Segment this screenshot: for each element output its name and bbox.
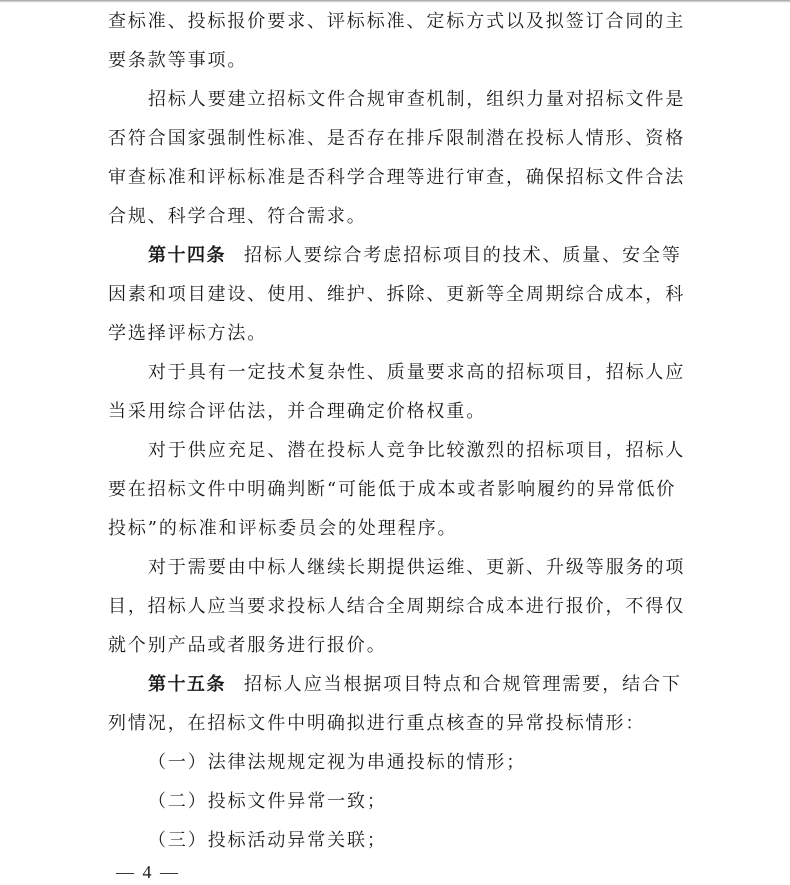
paragraph-start-line: 对于需要由中标人继续长期提供运维、更新、升级等服务的项 [108, 548, 690, 587]
text-line: 就个别产品或者服务进行报价。 [108, 626, 690, 665]
article-heading: 第十五条 [148, 674, 226, 695]
article-text: 招标人应当根据项目特点和合规管理需要，结合下 [244, 674, 682, 695]
paragraph-start-line: 对于具有一定技术复杂性、质量要求高的招标项目，招标人应 [108, 353, 690, 392]
article-15-line: 第十五条招标人应当根据项目特点和合规管理需要，结合下 [108, 665, 690, 704]
paragraph-start-line: 对于供应充足、潜在投标人竞争比较激烈的招标项目，招标人 [108, 431, 690, 470]
list-item: （二）投标文件异常一致； [108, 782, 690, 821]
text-line: 审查标准和评标标准是否科学合理等进行审查，确保招标文件合法 [108, 158, 690, 197]
list-item: （三）投标活动异常关联； [108, 821, 690, 860]
text-line: 因素和项目建设、使用、维护、拆除、更新等全周期综合成本，科 [108, 275, 690, 314]
text-line: 合规、科学合理、符合需求。 [108, 197, 690, 236]
text-line: 列情况，在招标文件中明确拟进行重点核查的异常投标情形： [108, 704, 690, 743]
text-line: 查标准、投标报价要求、评标标准、定标方式以及拟签订合同的主 [108, 2, 690, 41]
text-line: 学选择评标方法。 [108, 314, 690, 353]
document-page: 查标准、投标报价要求、评标标准、定标方式以及拟签订合同的主 要条款等事项。 招标… [108, 2, 690, 860]
text-line: 否符合国家强制性标准、是否存在排斥限制潜在投标人情形、资格 [108, 119, 690, 158]
article-14-line: 第十四条招标人要综合考虑招标项目的技术、质量、安全等 [108, 236, 690, 275]
article-text: 招标人要综合考虑招标项目的技术、质量、安全等 [244, 245, 682, 266]
text-line: 要在招标文件中明确判断“可能低于成本或者影响履约的异常低价 [108, 470, 690, 509]
article-heading: 第十四条 [148, 245, 226, 266]
text-line: 要条款等事项。 [108, 41, 690, 80]
paragraph-start-line: 招标人要建立招标文件合规审查机制，组织力量对招标文件是 [108, 80, 690, 119]
page-number: — 4 — [116, 860, 180, 884]
text-line: 投标”的标准和评标委员会的处理程序。 [108, 509, 690, 548]
text-line: 当采用综合评估法，并合理确定价格权重。 [108, 392, 690, 431]
text-line: 目，招标人应当要求投标人结合全周期综合成本进行报价，不得仅 [108, 587, 690, 626]
list-item: （一）法律法规规定视为串通投标的情形； [108, 743, 690, 782]
